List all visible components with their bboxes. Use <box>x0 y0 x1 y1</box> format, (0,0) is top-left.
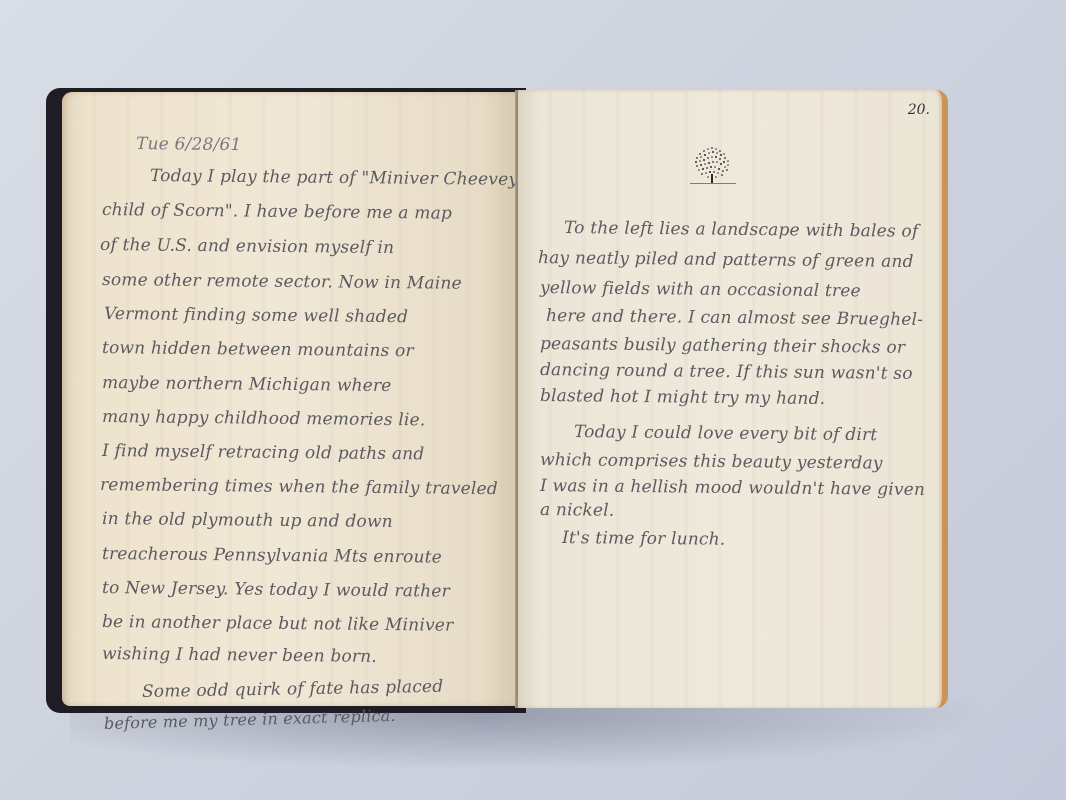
handwritten-line: of the U.S. and envision myself in <box>100 235 394 258</box>
handwritten-line: hay neatly piled and patterns of green a… <box>538 248 914 272</box>
handwritten-line: wishing I had never been born. <box>102 644 377 667</box>
left-page: Tue 6/28/61 Today I play the part of "Mi… <box>62 92 518 706</box>
handwritten-line: some other remote sector. Now in Maine <box>102 270 462 294</box>
handwritten-line: Vermont finding some well shaded <box>104 304 408 327</box>
handwritten-line: to New Jersey. Yes today I would rather <box>102 578 450 602</box>
handwritten-line: which comprises this beauty yesterday <box>540 450 883 474</box>
handwritten-line: here and there. I can almost see Brueghe… <box>546 306 923 330</box>
handwritten-line: peasants busily gathering their shocks o… <box>540 334 905 358</box>
handwritten-line: be in another place but not like Miniver <box>102 612 454 636</box>
handwritten-line: yellow fields with an occasional tree <box>540 278 861 301</box>
handwritten-line: I was in a hellish mood wouldn't have gi… <box>540 476 925 500</box>
handwritten-line: Today I could love every bit of dirt <box>574 422 878 445</box>
handwritten-line: Some odd quirk of fate has placed <box>142 677 444 702</box>
handwritten-line: To the left lies a landscape with bales … <box>564 218 919 242</box>
handwritten-line: I find myself retracing old paths and <box>102 441 425 464</box>
page-number: 20. <box>908 102 930 118</box>
handwritten-line: child of Scorn". I have before me a map <box>102 200 452 224</box>
handwritten-line: remembering times when the family travel… <box>100 475 498 499</box>
entry-date: Tue 6/28/61 <box>136 134 242 155</box>
handwritten-line: treacherous Pennsylvania Mts enroute <box>102 544 442 568</box>
handwritten-line: dancing round a tree. If this sun wasn't… <box>540 360 913 384</box>
handwritten-line: a nickel. <box>540 500 615 521</box>
handwritten-line: maybe northern Michigan where <box>102 373 392 396</box>
stippled-tree-drawing-icon <box>686 142 740 190</box>
handwritten-line: Today I play the part of "Miniver Cheeve… <box>150 166 518 190</box>
handwritten-line: town hidden between mountains or <box>102 338 414 361</box>
handwritten-line: It's time for lunch. <box>562 528 726 550</box>
right-page: 20. To the left lies a landscape with ba… <box>518 90 948 708</box>
handwritten-line: blasted hot I might try my hand. <box>540 386 826 409</box>
handwritten-line: in the old plymouth up and down <box>102 509 393 532</box>
handwritten-line: many happy childhood memories lie. <box>102 407 426 430</box>
